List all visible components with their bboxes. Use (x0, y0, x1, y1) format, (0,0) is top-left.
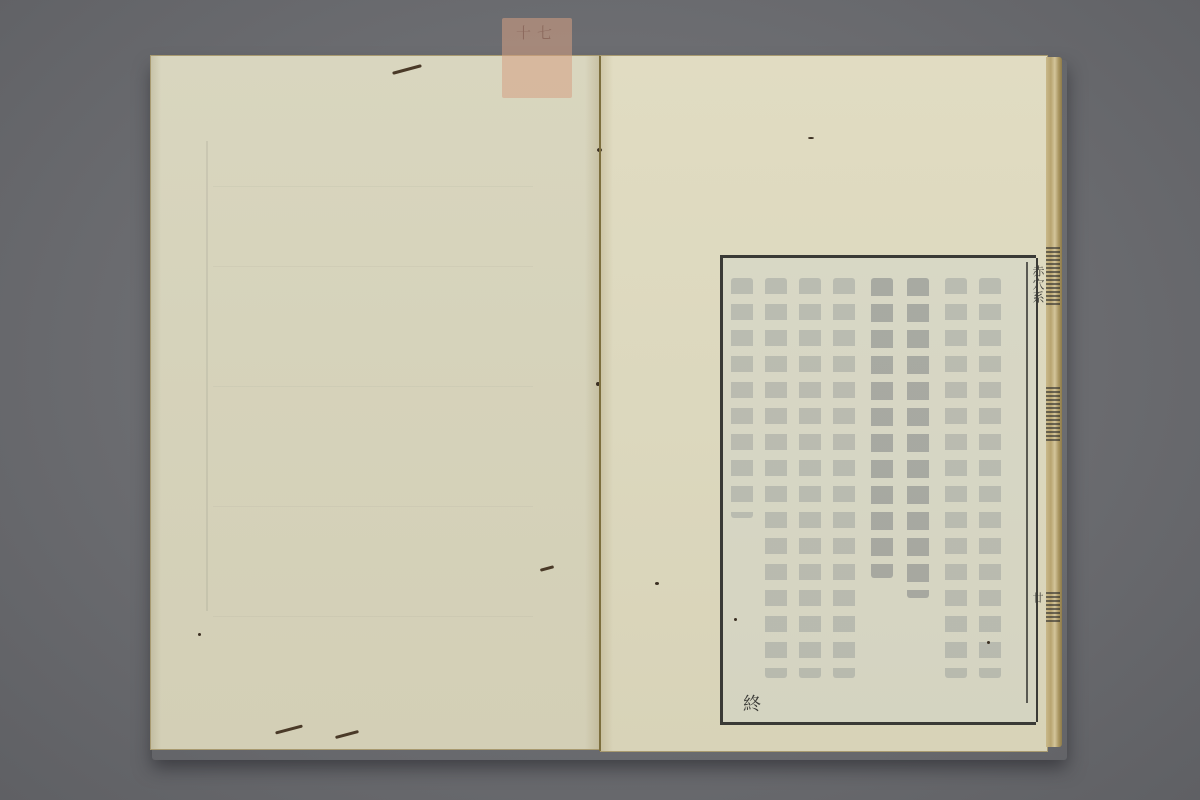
fold-title: 赤穴系 (1030, 265, 1046, 304)
text-column (871, 278, 893, 578)
showthrough-line (213, 506, 533, 507)
bookmark-slip: 十七 (502, 18, 572, 98)
book-spine-gutter (599, 56, 601, 751)
book-photo: 十七 終 赤穴系 廿 (0, 0, 1200, 800)
frame-rule (1036, 258, 1038, 722)
text-column (833, 278, 855, 678)
left-page-showthrough (206, 141, 541, 611)
bookmark-label: 十七 (510, 24, 564, 60)
showthrough-line (213, 616, 533, 617)
text-column (799, 278, 821, 678)
printed-text-frame: 終 (720, 255, 1036, 725)
text-column (731, 278, 753, 518)
edge-ink-mark (1046, 247, 1060, 307)
showthrough-line (213, 186, 533, 187)
wormhole (987, 641, 990, 644)
left-page (150, 55, 600, 750)
text-column (907, 278, 929, 598)
text-column (765, 278, 787, 678)
wormhole (808, 137, 814, 139)
page-stack-edge (1046, 57, 1062, 747)
edge-ink-mark (1046, 387, 1060, 442)
text-column (979, 278, 1001, 678)
edge-ink-mark (1046, 592, 1060, 622)
showthrough-line (213, 386, 533, 387)
wormhole (198, 633, 201, 636)
showthrough-line (213, 266, 533, 267)
wormhole (734, 618, 737, 621)
fold-center-rule (1026, 262, 1028, 703)
end-mark: 終 (737, 694, 763, 712)
fold-page-number: 廿 (1031, 592, 1045, 603)
text-column (945, 278, 967, 678)
wormhole (655, 582, 659, 585)
